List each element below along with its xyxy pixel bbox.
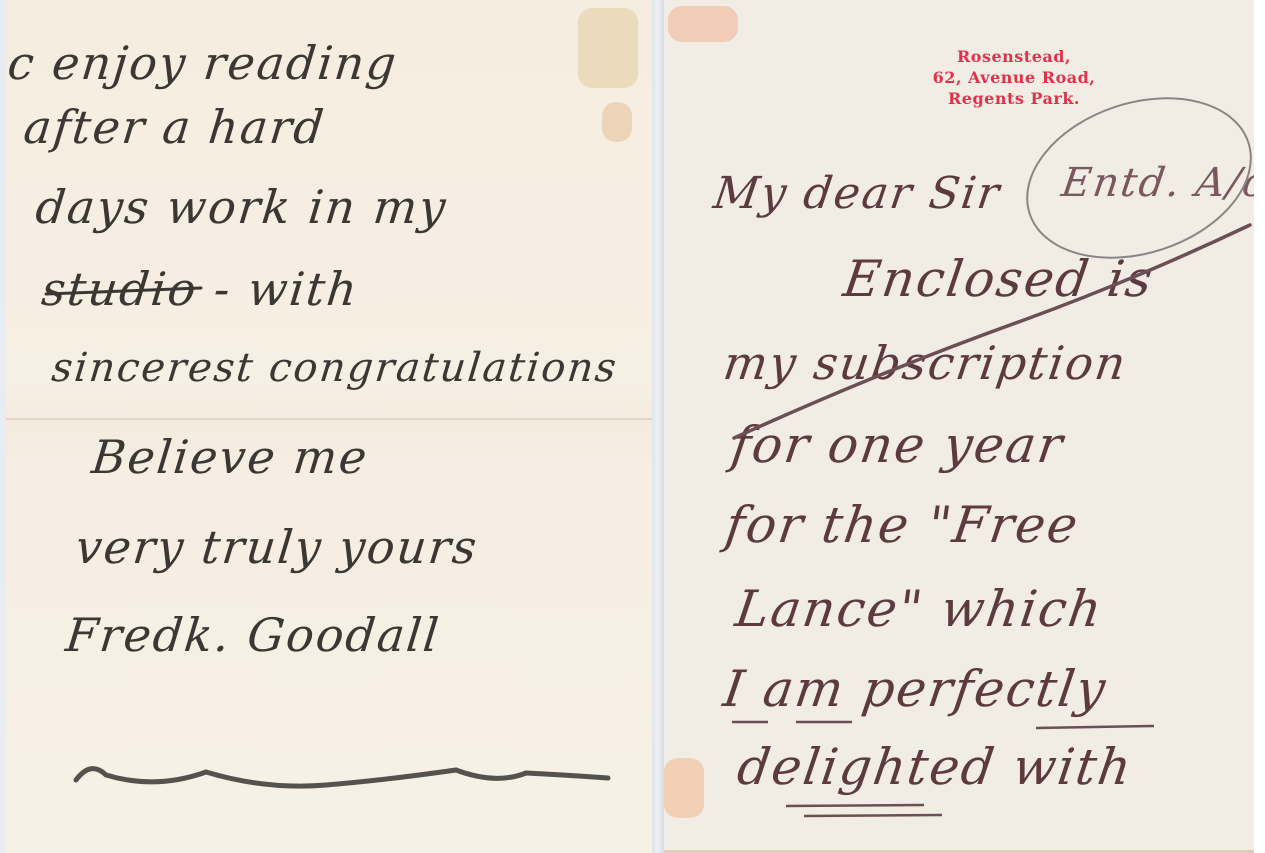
letter-line: Enclosed is: [840, 250, 1158, 308]
letter-line: c enjoy reading: [5, 36, 400, 90]
paper-stain: [578, 8, 638, 88]
letter-line: for one year: [728, 416, 1068, 474]
letter-line: for the "Free: [722, 496, 1083, 554]
letterhead-street: 62, Avenue Road,: [914, 67, 1114, 88]
paper-stain: [602, 102, 632, 142]
salutation: My dear Sir: [710, 168, 1004, 219]
letter-line: Lance" which: [732, 580, 1107, 638]
letter-line: after a hard: [21, 100, 328, 154]
letterhead-house-name: Rosenstead,: [914, 46, 1114, 67]
letter-line: days work in my: [33, 180, 450, 234]
letter-line: studio - with: [39, 262, 361, 316]
letter-line: Believe me: [89, 430, 371, 484]
page-gutter: [652, 0, 664, 853]
letter-line: very truly yours: [73, 520, 481, 574]
letter-line: delighted with: [734, 738, 1137, 796]
letter-line: sincerest congratulations: [50, 345, 621, 391]
annotation-entered: Entd. A/c: [1059, 160, 1254, 206]
letter-line: my subscription: [720, 336, 1131, 390]
paper-stain: [668, 6, 738, 42]
letterhead-area: Regents Park.: [914, 88, 1114, 109]
paper-stain: [664, 758, 704, 818]
letterhead: Rosenstead, 62, Avenue Road, Regents Par…: [914, 46, 1114, 109]
paper-fold-crease: [6, 418, 652, 420]
signature: Fredk. Goodall: [63, 608, 443, 662]
letter-page-right: Rosenstead, 62, Avenue Road, Regents Par…: [664, 0, 1254, 853]
letter-line: I am perfectly: [720, 660, 1111, 718]
letter-page-left: c enjoy reading after a hard days work i…: [0, 0, 652, 853]
